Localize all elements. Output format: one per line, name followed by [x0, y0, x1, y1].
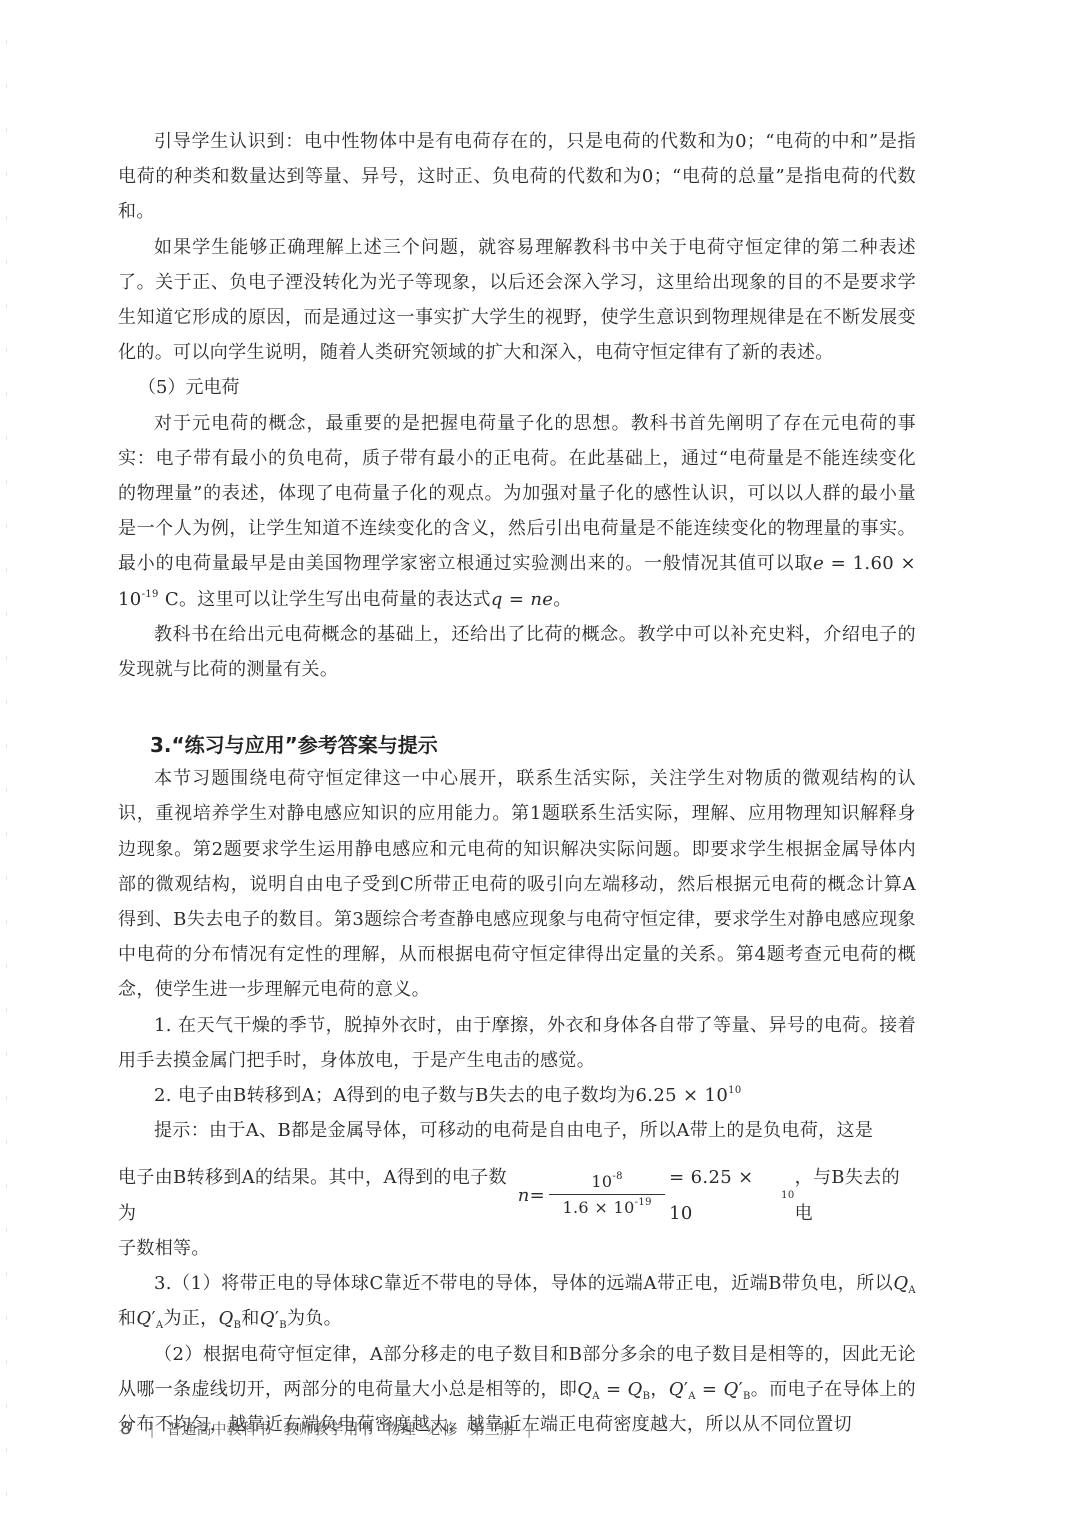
footer-level: 必修: [428, 1418, 458, 1439]
footer-book-series: 普通高中教科书: [167, 1418, 272, 1439]
page-footer: 8 | 普通高中教科书 教师教学用书 物理 必修 第三册 |: [120, 1418, 532, 1439]
fraction: 10-8 1.6 × 10-19: [549, 1170, 665, 1221]
paragraph-specific-charge: 教科书在给出元电荷概念的基础上，还给出了比荷的概念。教学中可以补充史料，介绍电子…: [118, 617, 916, 687]
paragraph-elementary-charge: 对于元电荷的概念，最重要的是把握电荷量子化的思想。教科书首先阐明了存在元电荷的事…: [118, 406, 916, 617]
footer-volume: 第三册: [470, 1418, 515, 1439]
answer-2-hint-formula-line: 电子由B转移到A的结果。其中，A得到的电子数为n = 10-8 1.6 × 10…: [118, 1160, 916, 1230]
answer-1: 1. 在天气干燥的季节，脱掉外衣时，由于摩擦，外衣和身体各自带了等量、异号的电荷…: [118, 1008, 916, 1078]
section-title-exercises: 3.“练习与应用”参考答案与提示: [118, 729, 916, 761]
page-binding-edge: [6, 0, 7, 1525]
paragraph-conservation-law: 如果学生能够正确理解上述三个问题，就容易理解教科书中关于电荷守恒定律的第二种表述…: [118, 230, 916, 371]
footer-divider: |: [527, 1420, 532, 1438]
footer-book-type: 教师教学用书: [284, 1418, 374, 1439]
paragraph-neutral-charge: 引导学生认识到：电中性物体中是有电荷存在的，只是电荷的代数和为0；“电荷的中和”…: [118, 124, 916, 230]
answer-2-hint-end: 子数相等。: [118, 1231, 916, 1266]
paragraph-exercise-intro: 本节习题围绕电荷守恒定律这一中心展开，联系生活实际，关注学生对物质的微观结构的认…: [118, 761, 916, 1007]
page-body: 引导学生认识到：电中性物体中是有电荷存在的，只是电荷的代数和为0；“电荷的中和”…: [118, 124, 916, 1442]
answer-2: 2. 电子由B转移到A；A得到的电子数与B失去的电子数均为6.25 × 1010: [118, 1078, 916, 1113]
footer-subject: 物理: [386, 1418, 416, 1439]
answer-3-part-1: 3.（1）将带正电的导体球C靠近不带电的导体，导体的远端A带正电，近端B带负电，…: [118, 1266, 916, 1336]
footer-divider: |: [149, 1420, 154, 1438]
page-number: 8: [120, 1418, 131, 1439]
subheading-elementary-charge: （5）元电荷: [118, 370, 916, 405]
answer-2-hint: 提示：由于A、B都是金属导体，可移动的电荷是自由电子，所以A带上的是负电荷，这是: [118, 1113, 916, 1148]
